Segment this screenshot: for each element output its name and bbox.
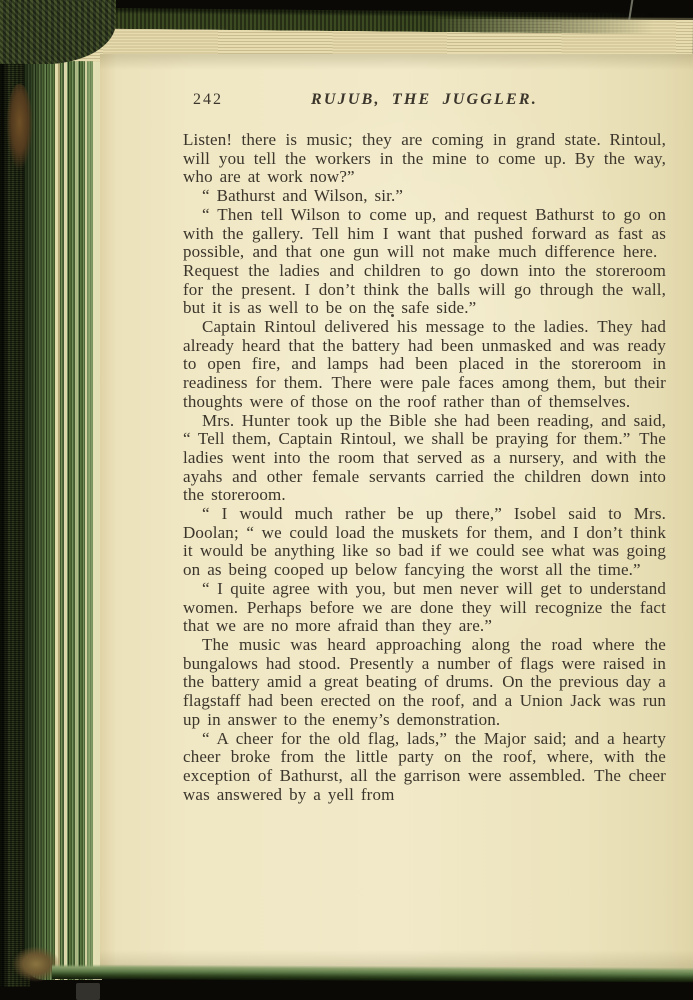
- ink-spot-artifact: [391, 314, 394, 317]
- scanner-background-smudge: [76, 983, 100, 1000]
- body-paragraph: Captain Rintoul delivered his message to…: [183, 318, 666, 412]
- book-page: 242 RUJUB, THE JUGGLER. Listen! there is…: [100, 54, 693, 970]
- page-content: 242 RUJUB, THE JUGGLER. Listen! there is…: [183, 90, 666, 804]
- running-header-title: RUJUB, THE JUGGLER.: [183, 90, 666, 110]
- body-paragraph: Listen! there is music; they are coming …: [183, 131, 666, 187]
- body-paragraph: The music was heard approaching along th…: [183, 636, 666, 730]
- book-scan: 242 RUJUB, THE JUGGLER. Listen! there is…: [0, 0, 693, 1000]
- body-paragraph: “ I quite agree with you, but men never …: [183, 580, 666, 636]
- page-fore-edge-stripes: [24, 20, 102, 980]
- page-bottom-edge: [52, 964, 693, 982]
- body-paragraph: “ A cheer for the old flag, lads,” the M…: [183, 730, 666, 805]
- page-header: 242 RUJUB, THE JUGGLER.: [183, 90, 666, 110]
- body-paragraph: “ Then tell Wilson to come up, and reque…: [183, 206, 666, 318]
- body-text: Listen! there is music; they are coming …: [183, 131, 666, 804]
- body-paragraph: “ Bathurst and Wilson, sir.”: [183, 187, 666, 206]
- cover-worn-spot-top: [6, 84, 33, 180]
- body-paragraph: “ I would much rather be up there,” Isob…: [183, 505, 666, 580]
- body-paragraph: Mrs. Hunter took up the Bible she had be…: [183, 412, 666, 506]
